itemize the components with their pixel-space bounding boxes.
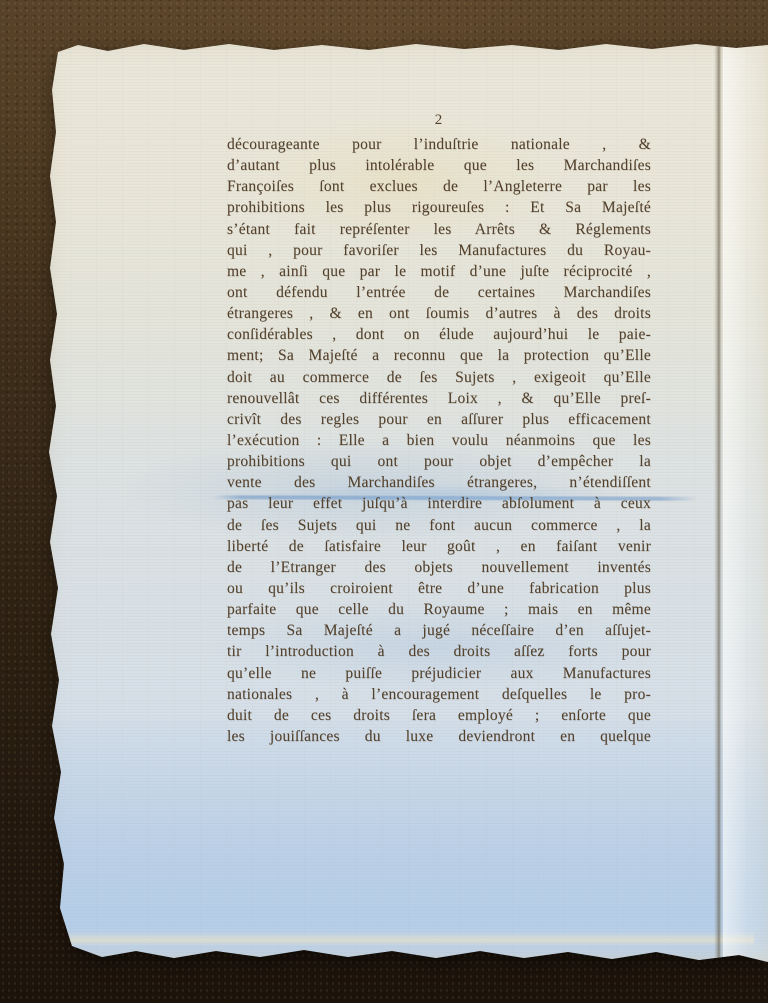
text-line: qui , pour favoriſer les Manufactures du… (227, 240, 651, 261)
document-page: 2 décourageante pour l’induſtrie nationa… (44, 40, 768, 962)
text-line: de l’Etranger des objets nouvellement in… (227, 557, 651, 578)
text-line: doit au commerce de ſes Sujets , exigeoi… (227, 367, 651, 388)
text-line: temps Sa Majeſté a jugé néceſſaire d’en … (227, 620, 651, 641)
text-line: ont défendu l’entrée de certaines Marcha… (227, 282, 651, 303)
text-line: tir l’introduction à des droits aſſez fo… (227, 641, 651, 662)
document-sheet-wrapper: 2 décourageante pour l’induſtrie nationa… (44, 40, 768, 962)
text-line: nationales , à l’encouragement deſquelle… (227, 684, 651, 705)
text-line: de ſes Sujets qui ne font aucun commerce… (227, 515, 651, 536)
text-line: décourageante pour l’induſtrie nationale… (227, 134, 651, 155)
text-line: Françoiſes ſont exclues de l’Angleterre … (227, 176, 651, 197)
text-line: qu’elle ne puiſſe préjudicier aux Manufa… (227, 663, 651, 684)
text-line: ou qu’ils croiroient être d’une fabricat… (227, 578, 651, 599)
text-line: me , ainſi que par le motif d’une juſte … (227, 261, 651, 282)
photo-background: 2 décourageante pour l’induſtrie nationa… (0, 0, 768, 1003)
text-line: parfaite que celle du Royaume ; mais en … (227, 599, 651, 620)
text-line: duit de ces droits ſera employé ; enſort… (227, 705, 651, 726)
text-line: ment; Sa Majeſté a reconnu que la protec… (227, 345, 651, 366)
text-line: s’étant fait repréſenter les Arrêts & Ré… (227, 219, 651, 240)
page-number: 2 (227, 112, 651, 134)
text-line: les jouiſſances du luxe deviendront en q… (227, 726, 651, 747)
bottom-edge-highlight (54, 932, 754, 946)
body-text: décourageante pour l’induſtrie nationale… (227, 134, 651, 762)
text-line: crivît des regles pour en aſſurer plus e… (227, 409, 651, 430)
text-line: renouvellât ces différentes Loix , & qu’… (227, 388, 651, 409)
text-line: l’exécution : Elle a bien voulu néanmoin… (227, 430, 651, 451)
text-line: conſidérables , dont on élude aujourd’hu… (227, 324, 651, 345)
text-line: pas leur effet juſqu’à interdire abſolum… (227, 493, 651, 514)
next-page-edge (723, 40, 768, 962)
text-line: liberté de ſatisfaire leur goût , en fai… (227, 536, 651, 557)
text-line: étrangeres , & en ont ſoumis d’autres à … (227, 303, 651, 324)
page-fold-crease (714, 40, 723, 962)
text-line: d’autant plus intolérable que les Marcha… (227, 155, 651, 176)
text-line: prohibitions les plus rigoureuſes : Et S… (227, 197, 651, 218)
text-line: prohibitions qui ont pour objet d’empêch… (227, 451, 651, 472)
text-line: vente des Marchandiſes étrangeres, n’éte… (227, 472, 651, 493)
